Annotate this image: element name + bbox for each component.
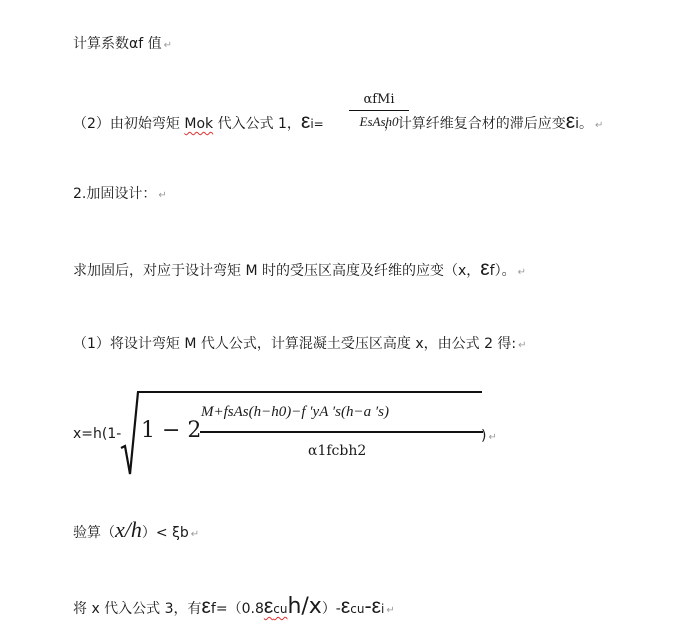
- epsilon-symbol: ε: [566, 110, 575, 133]
- radicand-lead: 1 − 2: [141, 418, 201, 443]
- sqrt-overbar: [137, 391, 482, 393]
- spellcheck-word-mok[interactable]: Mok: [184, 116, 213, 132]
- text-mid2: ）-: [322, 601, 341, 617]
- epsilon-symbol: ε: [301, 110, 310, 133]
- h-over-x: h/x: [287, 594, 321, 619]
- fraction-numerator: αfMi: [349, 92, 409, 107]
- paragraph-mark-icon: ↵: [518, 340, 526, 351]
- epsilon-subscript: i: [381, 602, 384, 616]
- minus-sign: -: [364, 594, 371, 618]
- fraction-bar: [349, 110, 409, 111]
- fraction-denominator: α1fcbh2: [308, 443, 366, 459]
- paragraph-step-1: （1）将设计弯矩 M 代人公式，计算混凝土受压区高度 x，由公式 2 得:↵: [73, 334, 527, 356]
- paragraph-coefficient: 计算系数αf 值↵: [73, 34, 172, 56]
- ratio-x-over-h: x/h: [115, 517, 142, 542]
- text-suffix: ）< ξb: [142, 525, 189, 541]
- paragraph-mark-icon: ↵: [595, 120, 603, 131]
- period: 。: [579, 116, 593, 132]
- text-prefix: 验算（: [73, 525, 115, 541]
- text-prefix: （2）由初始弯矩: [73, 116, 184, 132]
- paragraph-text: 计算系数αf 值: [73, 36, 162, 52]
- epsilon-subscript: cu: [350, 602, 364, 616]
- epsilon-symbol: ε: [480, 257, 489, 280]
- heading-text: 2.加固设计：: [73, 186, 156, 202]
- paragraph-mark-icon: ↵: [488, 432, 496, 443]
- heading-reinforcement-design: 2.加固设计：↵: [73, 184, 167, 206]
- paragraph-mark-icon: ↵: [518, 267, 526, 278]
- paragraph-mark-icon: ↵: [386, 605, 394, 616]
- fraction-denominator: EsAsh0: [349, 114, 409, 130]
- epsilon-symbol: ε: [341, 595, 350, 618]
- paragraph-mark-icon: ↵: [191, 529, 199, 540]
- equals-sign: =: [314, 117, 324, 131]
- paragraph-mark-icon: ↵: [158, 190, 166, 201]
- fraction-numerator: M+fsAs(h−h0)−f ′yA ′s(h−a ′s): [201, 404, 389, 421]
- paragraph-text: （1）将设计弯矩 M 代人公式，计算混凝土受压区高度 x，由公式 2 得:: [73, 336, 516, 352]
- epsilon-symbol: ε: [372, 595, 381, 618]
- text-suffix: ，计算纤维复合材的滞后应变: [384, 116, 566, 132]
- fraction-bar: [200, 431, 483, 433]
- paragraph-fiber-strain: 将 x 代入公式 3，有εf=（0.8εcuh/x）-εcu-εi↵: [73, 596, 395, 621]
- spellcheck-epsilon-cu[interactable]: εcu: [264, 601, 288, 617]
- formula-prefix: x=h(1-: [73, 426, 121, 442]
- sqrt-radical-icon: [120, 390, 140, 478]
- paragraph-initial-moment: （2）由初始弯矩 Mok 代入公式 1，εi=，计算纤维复合材的滞后应变εi。↵: [73, 112, 603, 136]
- paragraph-verification: 验算（x/h）< ξb↵: [73, 520, 199, 545]
- fraction-strain-formula: αfMi EsAsh0: [349, 92, 409, 130]
- text-mid: 代入公式 1，: [213, 116, 301, 132]
- text-suffix: ）。: [495, 263, 516, 279]
- text-mid: =（0.8: [216, 601, 264, 617]
- epsilon-symbol: ε: [202, 595, 211, 618]
- text-prefix: 将 x 代入公式 3，有: [73, 601, 202, 617]
- paragraph-mark-icon: ↵: [164, 40, 172, 51]
- formula-suffix: )↵: [481, 428, 497, 444]
- text-prefix: 求加固后，对应于设计弯矩 M 时的受压区高度及纤维的应变（x，: [73, 263, 480, 279]
- paragraph-compression-zone: 求加固后，对应于设计弯矩 M 时的受压区高度及纤维的应变（x，εf）。↵: [73, 259, 526, 283]
